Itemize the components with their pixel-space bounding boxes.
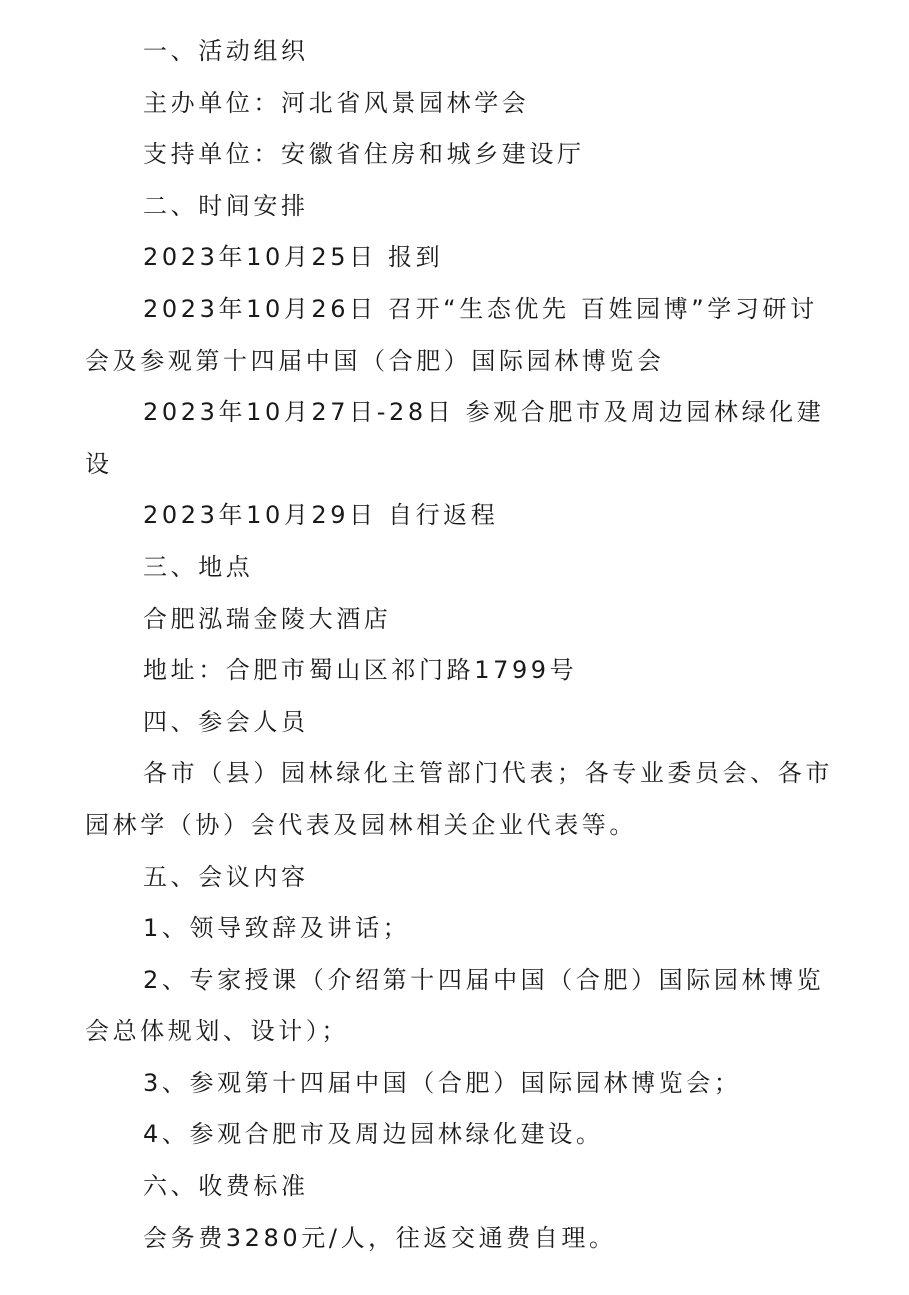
section-heading-schedule: 二、时间安排: [85, 181, 835, 233]
content-item-2: 2、专家授课（介绍第十四届中国（合肥）国际园林博览会总体规划、设计）；: [85, 955, 835, 1058]
section-heading-fees: 六、收费标准: [85, 1161, 835, 1213]
venue-address: 地址：合肥市蜀山区祁门路1799号: [85, 645, 835, 697]
schedule-item-return: 2023年10月29日 自行返程: [85, 490, 835, 542]
section-heading-location: 三、地点: [85, 542, 835, 594]
section-heading-content: 五、会议内容: [85, 852, 835, 904]
content-item-1: 1、领导致辞及讲话；: [85, 903, 835, 955]
organizer-line: 主办单位：河北省风景园林学会: [85, 78, 835, 130]
document-page: 一、活动组织 主办单位：河北省风景园林学会 支持单位：安徽省住房和城乡建设厅 二…: [85, 26, 835, 1264]
attendees-description: 各市（县）园林绿化主管部门代表；各专业委员会、各市园林学（协）会代表及园林相关企…: [85, 748, 835, 851]
section-heading-attendees: 四、参会人员: [85, 697, 835, 749]
venue-name: 合肥泓瑞金陵大酒店: [85, 594, 835, 646]
schedule-item-registration: 2023年10月25日 报到: [85, 232, 835, 284]
fee-description: 会务费3280元/人，往返交通费自理。: [85, 1213, 835, 1265]
content-item-4: 4、参观合肥市及周边园林绿化建设。: [85, 1109, 835, 1161]
content-item-3: 3、参观第十四届中国（合肥）国际园林博览会；: [85, 1058, 835, 1110]
schedule-item-visit: 2023年10月27日-28日 参观合肥市及周边园林绿化建设: [85, 387, 835, 490]
supporter-line: 支持单位：安徽省住房和城乡建设厅: [85, 129, 835, 181]
section-heading-organization: 一、活动组织: [85, 26, 835, 78]
schedule-item-seminar: 2023年10月26日 召开“生态优先 百姓园博”学习研讨会及参观第十四届中国（…: [85, 284, 835, 387]
